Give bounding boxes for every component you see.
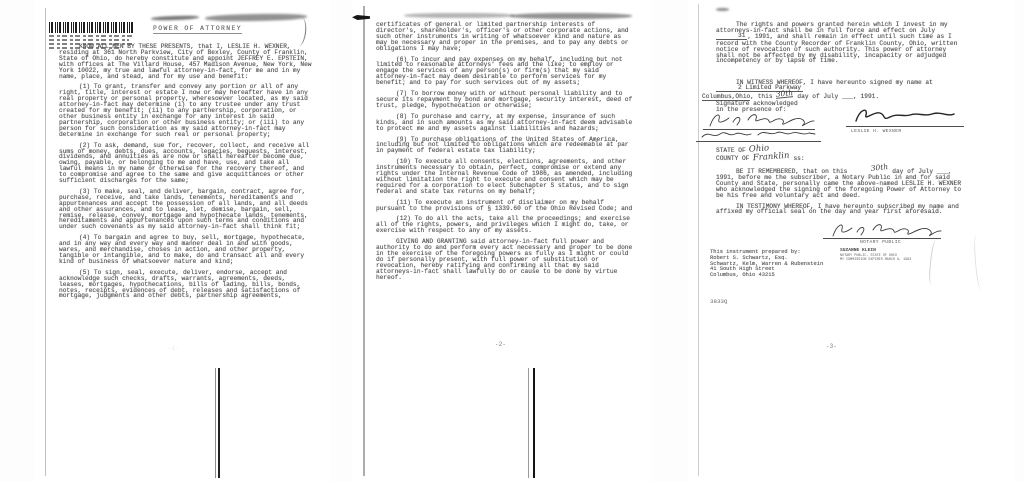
paragraph: (10) To execute all consents, elections,… xyxy=(376,159,634,194)
ink-smudge xyxy=(293,17,307,46)
scan-artifact xyxy=(973,235,985,290)
ink-smudge xyxy=(352,15,370,20)
paragraph: KNOW ALL MEN BY THESE PRESENTS, that I, … xyxy=(59,44,315,79)
page2-body: certificates of general or limited partn… xyxy=(376,22,634,286)
paragraph: (3) To make, seal, and deliver, bargain,… xyxy=(59,189,315,230)
page-number: -2- xyxy=(495,341,506,348)
page1-body: KNOW ALL MEN BY THESE PRESENTS, that I, … xyxy=(59,44,315,304)
paragraph: (8) To purchase and carry, at my expense… xyxy=(376,114,634,132)
signature-line xyxy=(846,126,964,127)
scan-edge xyxy=(363,6,365,476)
scan-artifact xyxy=(528,368,529,478)
notary-signature xyxy=(828,220,943,240)
witness-signature-2 xyxy=(700,126,818,141)
county-label: COUNTY OF xyxy=(716,155,749,162)
ink-smudge xyxy=(404,13,514,18)
signature-line xyxy=(696,141,821,142)
page-3: The rights and powers granted herein whi… xyxy=(688,0,1015,482)
witness-text: , this xyxy=(750,93,772,100)
paragraph: (2) To ask, demand, sue for, recover, co… xyxy=(59,143,315,184)
witness-text: day of July ___, 1991. xyxy=(797,93,879,100)
handwritten-day: 31 xyxy=(716,33,747,40)
scan-artifact xyxy=(533,368,535,478)
signature-line xyxy=(823,238,941,239)
typed-name: LESLIE H. WEXNER xyxy=(851,129,902,134)
rights-paragraph: The rights and powers granted herein whi… xyxy=(716,22,968,69)
page-number: -1- xyxy=(168,345,179,352)
handwritten-county: Franklin xyxy=(753,154,790,162)
page-1: POWER OF ATTORNEY KNOW ALL MEN BY THESE … xyxy=(35,0,331,482)
ink-smudge xyxy=(205,13,307,22)
ink-smudge xyxy=(151,15,199,21)
state-label: STATE OF xyxy=(716,147,746,154)
paragraph: (1) To grant, transfer and convey any po… xyxy=(59,84,315,137)
document-viewer: POWER OF ATTORNEY KNOW ALL MEN BY THESE … xyxy=(0,0,1024,482)
paragraph: (12) To do all the acts, take all the pr… xyxy=(376,216,634,234)
notary-label: NOTARY PUBLIC xyxy=(860,240,901,245)
recorder-stamp-text xyxy=(49,35,135,37)
venue-block: STATE OF Ohio COUNTY OF Franklin ss: xyxy=(716,148,916,162)
page-2: certificates of general or limited partn… xyxy=(352,0,652,482)
paragraph: (7) To borrow money with or without pers… xyxy=(376,91,634,109)
wexner-signature xyxy=(850,106,960,126)
ink-smudge xyxy=(510,13,632,19)
ss-label: ss: xyxy=(793,155,804,162)
scan-artifact xyxy=(215,368,216,478)
paragraph: (5) To sign, seal, execute, deliver, end… xyxy=(59,270,315,300)
prepared-by: This instrument prepared by: Robert S. S… xyxy=(710,250,823,279)
paragraph: (6) To incur and pay expenses on my beha… xyxy=(376,57,634,87)
document-number: 3833Q xyxy=(710,298,727,305)
paragraph: certificates of general or limited partn… xyxy=(376,22,634,52)
paragraph: (4) To bargain and agree to buy, sell, m… xyxy=(59,235,315,265)
paragraph: (11) To execute an instrument of disclai… xyxy=(376,200,634,212)
paragraph: (9) To purchase obligations of the Unite… xyxy=(376,137,634,155)
notary-stamp: SUZANNE KLEIN NOTARY PUBLIC, STATE OF OH… xyxy=(840,249,911,263)
page-number: -3- xyxy=(826,343,837,350)
handwritten-day: 30th xyxy=(776,90,794,99)
rights-text: , 1991, and shall remain in effect until… xyxy=(716,33,957,65)
testimony-paragraph: IN TESTIMONY WHEREOF, I have hereunto su… xyxy=(716,204,968,216)
notary-acknowledgment: BE IT REMEMBERED, that on this 30th day … xyxy=(716,168,968,220)
scan-artifact xyxy=(218,368,220,478)
witness-clause: IN WITNESS WHEREOF, I have hereunto sign… xyxy=(716,80,1016,100)
scan-edge xyxy=(698,4,699,476)
scan-edge xyxy=(45,8,46,476)
ink-smudge xyxy=(716,8,729,11)
recorder-stamp-text xyxy=(49,39,129,41)
scan-artifact xyxy=(928,240,940,285)
handwritten-day: 30th xyxy=(851,164,889,174)
paragraph: GIVING AND GRANTING said attorney-in-fac… xyxy=(376,239,634,280)
page-title: POWER OF ATTORNEY xyxy=(153,25,242,34)
